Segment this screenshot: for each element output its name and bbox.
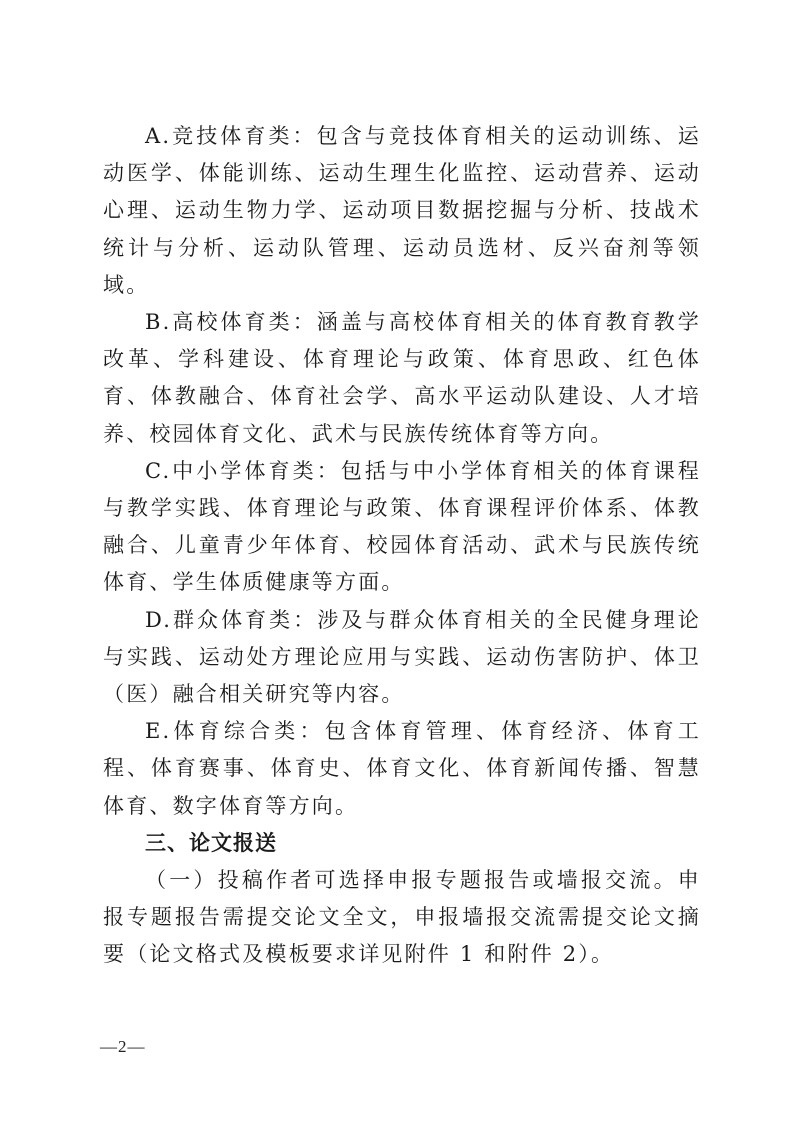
paragraph-comprehensive-sports: E.体育综合类：包含体育管理、体育经济、体育工程、体育赛事、体育史、体育文化、体… [103,713,701,825]
document-page: A.竞技体育类：包含与竞技体育相关的运动训练、运动医学、体能训练、运动生理生化监… [103,118,701,974]
paragraph-submission-options: （一）投稿作者可选择申报专题报告或墙报交流。申报专题报告需提交论文全文，申报墙报… [103,862,701,974]
paragraph-school-sports: C.中小学体育类：包括与中小学体育相关的体育课程与教学实践、体育理论与政策、体育… [103,453,701,602]
paragraph-mass-sports: D.群众体育类：涉及与群众体育相关的全民健身理论与实践、运动处方理论应用与实践、… [103,602,701,714]
page-number: —2— [100,1037,146,1057]
paragraph-competitive-sports: A.竞技体育类：包含与竞技体育相关的运动训练、运动医学、体能训练、运动生理生化监… [103,118,701,304]
section-heading-paper-submission: 三、论文报送 [103,825,701,862]
paragraph-university-sports: B.高校体育类：涵盖与高校体育相关的体育教育教学改革、学科建设、体育理论与政策、… [103,304,701,453]
